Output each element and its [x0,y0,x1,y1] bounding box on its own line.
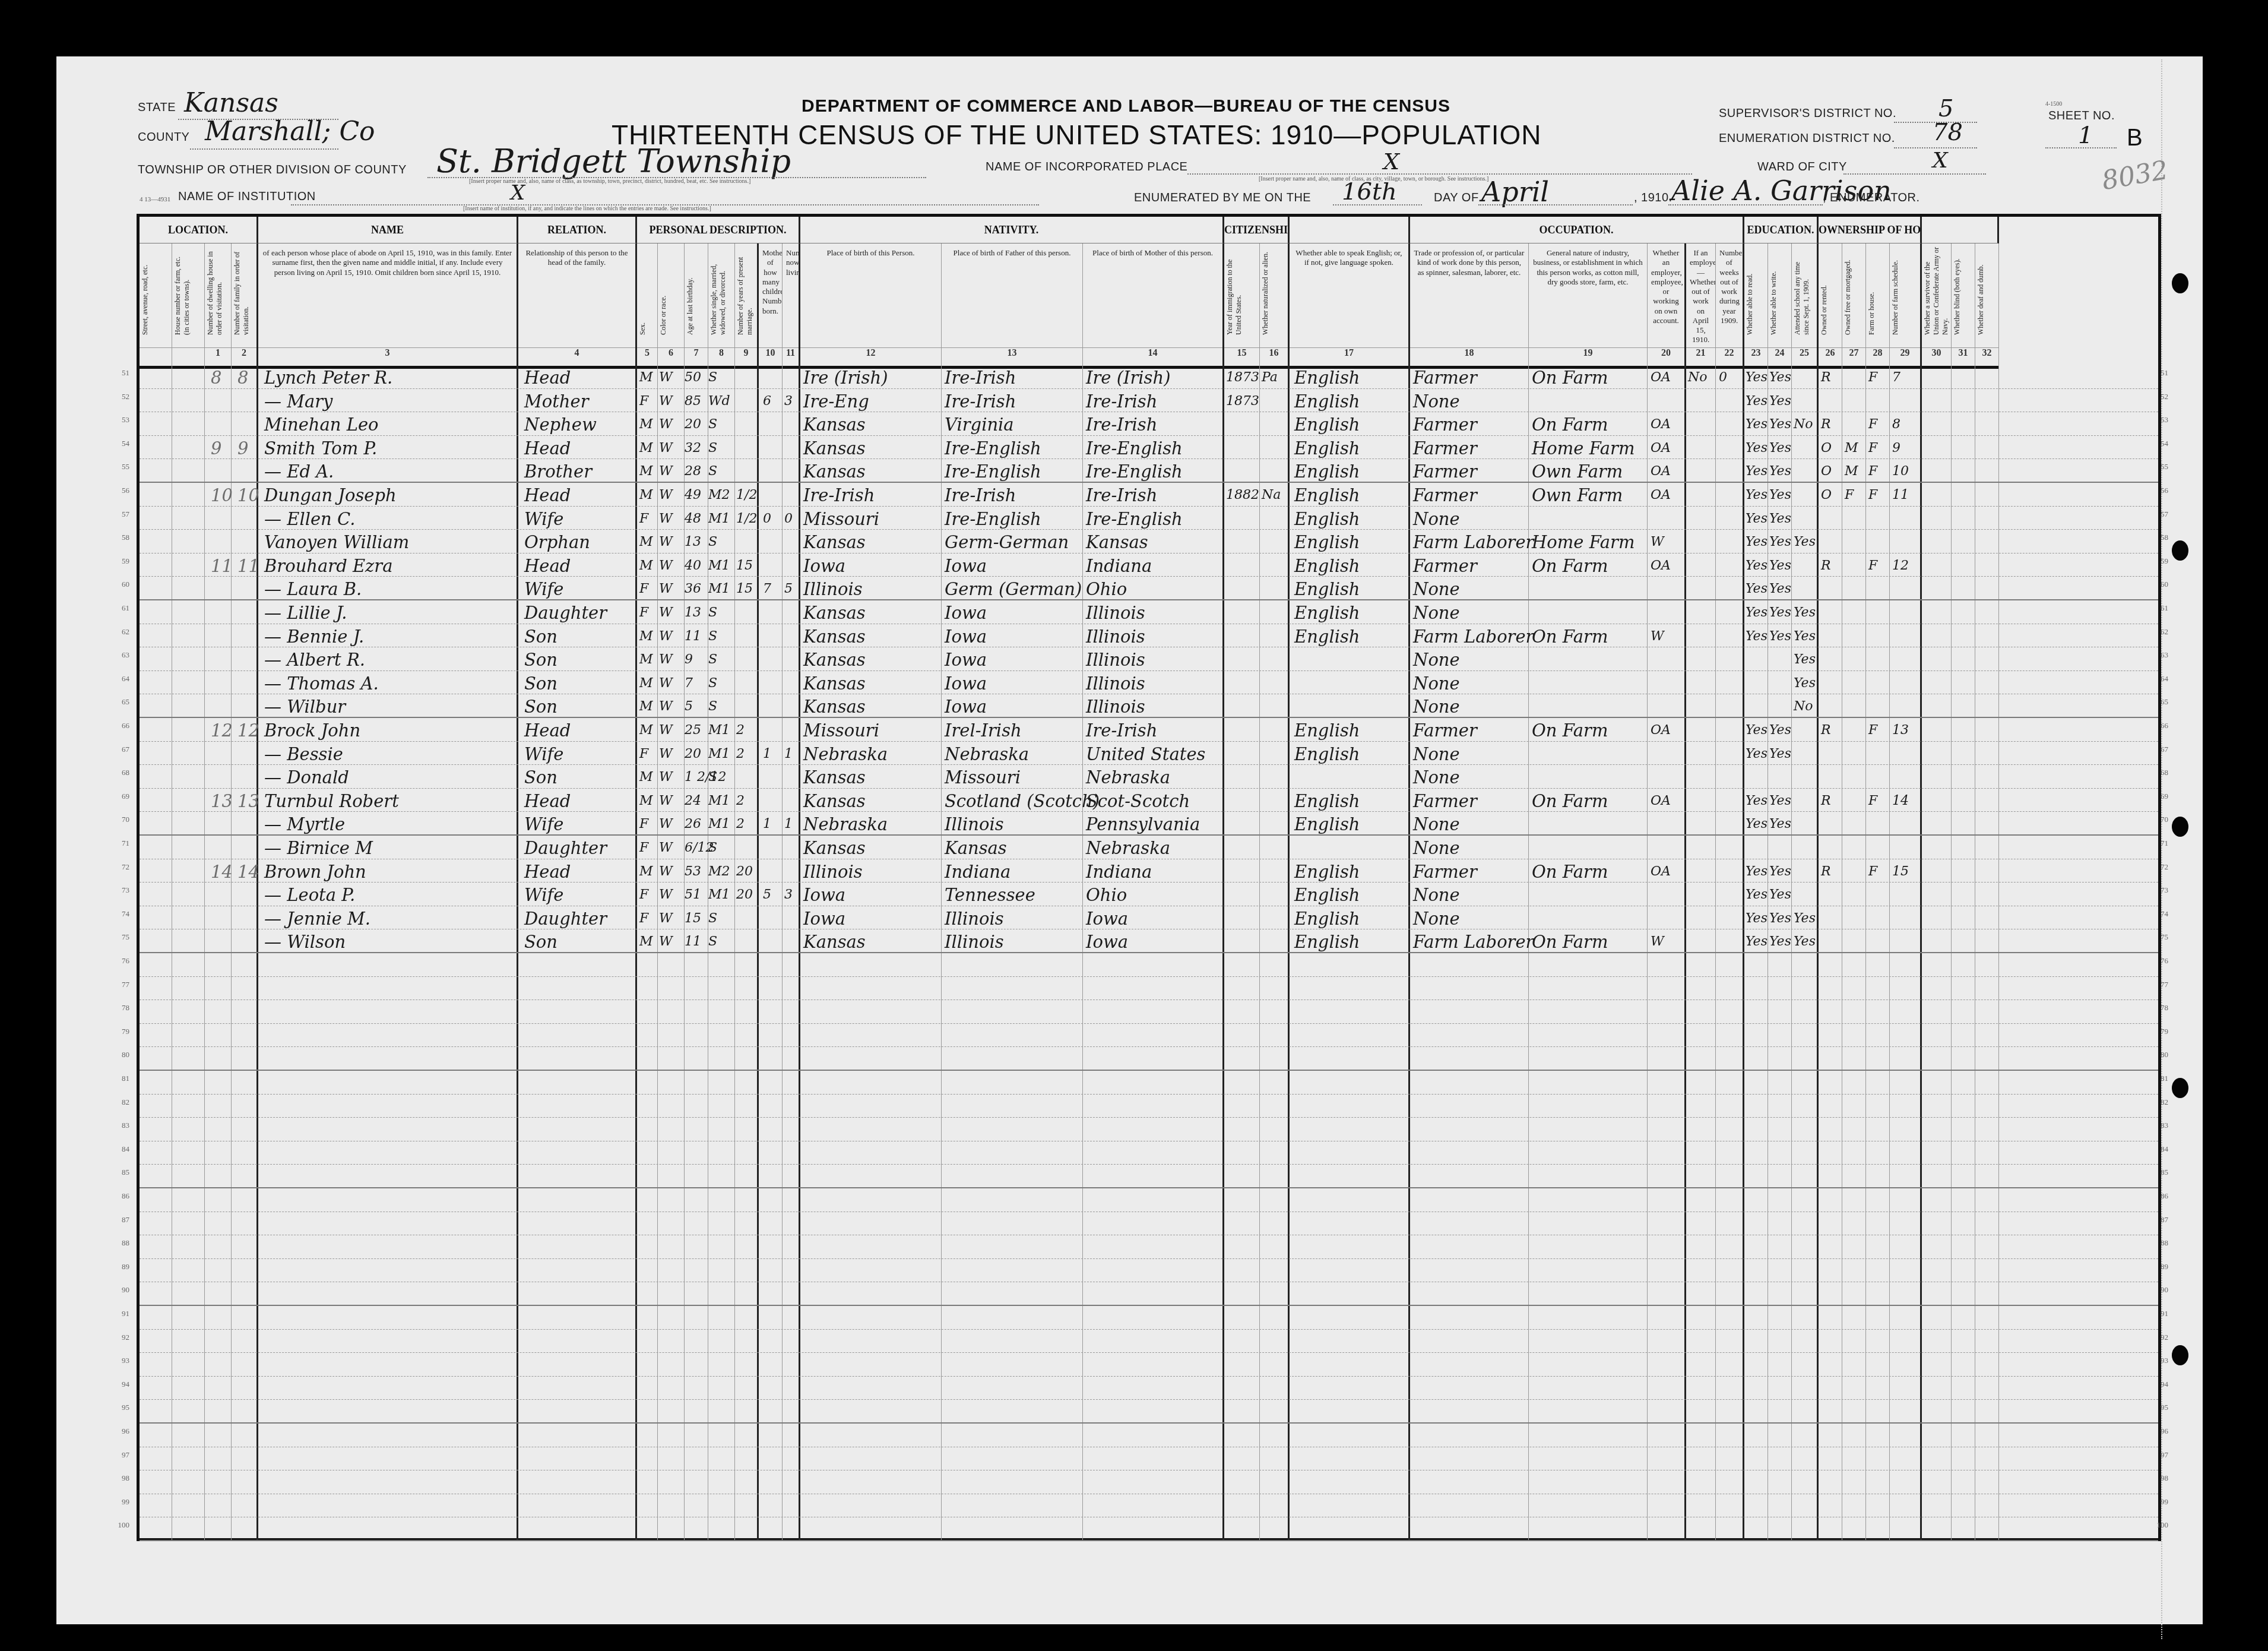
empty-row[interactable] [140,1424,2158,1447]
line-number: 93 [2145,1356,2168,1365]
enumerated-day: 16th [1342,178,1397,205]
line-number: 89 [2145,1262,2168,1272]
cell-race: W [659,907,673,929]
line-number: 60 [106,580,129,589]
cell-birth-mother: Ire (Irish) [1086,366,1170,388]
cell-birth-person: Kansas [803,602,866,623]
line-number: 66 [106,721,129,730]
column-description: Whether able to speak English; or, if no… [1290,243,1408,344]
cell-write: Yes [1769,907,1791,929]
empty-row[interactable] [140,953,2158,977]
cell-race: W [659,695,673,717]
cell-dwelling: 9 [211,437,221,458]
cell-race: W [659,531,673,552]
cell-name: — Wilbur [264,695,346,717]
cell-industry: Own Farm [1532,460,1623,482]
cell-age: 85 [685,390,701,412]
empty-row[interactable] [140,1259,2158,1283]
cell-name: Minehan Leo [264,413,379,435]
empty-row[interactable] [140,1400,2158,1424]
census-row[interactable]: — Bennie J.SonMW11SKansasIowaIllinoisEng… [140,624,2158,648]
cell-owned-rented: R [1821,413,1831,435]
binder-hole [2172,540,2188,561]
cell-age: 11 [685,625,701,647]
cell-relation: Nephew [524,413,597,435]
cell-birth-person: Iowa [803,884,845,905]
empty-row[interactable] [140,1470,2158,1494]
census-row[interactable]: 1313Turnbul RobertHeadMW24M12KansasScotl… [140,789,2158,812]
cell-birth-mother: Ire-English [1086,508,1183,529]
cell-employer: OA [1651,460,1671,482]
cell-write: Yes [1769,437,1791,458]
cell-birth-father: Scotland (Scotch) [945,790,1100,811]
cell-age: 9 [685,649,693,670]
cell-industry: On Farm [1532,719,1608,741]
line-number: 69 [106,792,129,801]
line-number: 58 [106,533,129,542]
line-number: 74 [106,909,129,919]
column-description: Mother of how many children. Number born… [759,243,782,344]
cell-farm-house: F [1868,790,1877,811]
cell-marital: S [708,649,717,670]
cell-birth-person: Kansas [803,649,866,670]
line-number: 86 [106,1191,129,1201]
cell-name: — Birnice M [264,837,373,858]
census-row[interactable]: — Leota P.WifeFW51M12053IowaTennesseeOhi… [140,883,2158,906]
incorporated-place-line [1187,173,1692,175]
cell-race: W [659,884,673,905]
line-number: 58 [2145,533,2168,542]
cell-farm-house: F [1868,484,1877,505]
column-description: Sex. [637,243,657,339]
enumerated-month: April [1481,176,1549,208]
cell-birth-father: Germ-German [945,531,1069,552]
empty-row[interactable] [140,1517,2158,1541]
cell-relation: Orphan [524,531,590,552]
cell-name: — Bessie [264,743,343,764]
cell-write: Yes [1769,460,1791,482]
cell-read: Yes [1746,437,1767,458]
census-row[interactable]: 1010Dungan JosephHeadMW49M21/2Ire-IrishI… [140,483,2158,507]
column-description: Number now living. [783,243,799,344]
empty-row[interactable] [140,1377,2158,1400]
cell-children-living: 1 [784,743,793,764]
census-row[interactable]: — BessieWifeFW20M1211NebraskaNebraskaUni… [140,742,2158,766]
cell-farm-house: F [1868,555,1877,576]
cell-write: Yes [1769,813,1791,834]
sheet-label: SHEET NO. [2048,109,2115,123]
empty-row[interactable] [140,1095,2158,1118]
cell-race: W [659,672,673,694]
column-description: Whether able to read. [1744,243,1767,339]
census-row[interactable]: — DonaldSonMW1 2/12SKansasMissouriNebras… [140,765,2158,789]
cell-relation: Son [524,766,558,787]
column-group-header: EDUCATION. [1744,217,1819,243]
cell-farm-schedule: 13 [1892,719,1909,741]
cell-owned-rented: R [1821,555,1831,576]
census-row[interactable]: 1212Brock JohnHeadMW25M12MissouriIrel-Ir… [140,718,2158,742]
line-number: 92 [106,1333,129,1342]
cell-children-living: 1 [784,813,793,834]
column-description: Whether able to write. [1768,243,1791,339]
cell-marital: S [708,672,717,694]
cell-age: 1 2/12 [685,766,726,787]
cell-read: Yes [1746,555,1767,576]
cell-farm-schedule: 9 [1892,437,1900,458]
cell-birth-person: Kansas [803,437,866,458]
line-number: 87 [2145,1215,2168,1225]
cell-school: Yes [1794,625,1816,647]
cell-relation: Daughter [524,837,607,858]
line-number: 70 [2145,815,2168,824]
line-number: 57 [106,510,129,519]
line-number: 56 [2145,486,2168,495]
census-row[interactable]: — WilsonSonMW11SKansasIllinoisIowaEnglis… [140,929,2158,953]
line-number: 78 [106,1003,129,1013]
cell-name: — Albert R. [264,649,365,670]
department-heading: DEPARTMENT OF COMMERCE AND LABOR—BUREAU … [802,96,1450,116]
cell-relation: Wife [524,578,563,599]
cell-birth-mother: Iowa [1086,907,1128,929]
cell-name: — Donald [264,766,349,787]
cell-birth-person: Kansas [803,625,866,647]
cell-family: 11 [237,555,259,576]
line-number: 54 [2145,439,2168,448]
cell-relation: Son [524,649,558,670]
empty-row[interactable] [140,1353,2158,1377]
line-number: 63 [106,650,129,660]
cell-sex: M [639,484,653,505]
cell-race: W [659,508,673,529]
cell-write: Yes [1769,484,1791,505]
cell-occupation: Farmer [1413,460,1477,482]
cell-birth-mother: Illinois [1086,625,1145,647]
census-row[interactable]: 1111Brouhard EzraHeadMW40M115IowaIowaInd… [140,554,2158,577]
cell-race: W [659,602,673,623]
column-description: Number of farm schedule. [1890,243,1920,339]
cell-name: Turnbul Robert [264,790,399,811]
cell-write: Yes [1769,790,1791,811]
cell-birth-mother: Indiana [1086,555,1152,576]
line-number: 53 [2145,415,2168,425]
line-number: 72 [106,862,129,872]
binder-hole [2172,1345,2188,1365]
cell-race: W [659,766,673,787]
cell-age: 20 [685,743,701,764]
column-description: Whether single, married, widowed, or div… [708,243,734,339]
cell-occupation: None [1413,837,1460,858]
cell-birth-father: Illinois [945,813,1004,834]
cell-name: — Laura B. [264,578,362,599]
cell-write: Yes [1769,931,1791,952]
cell-marital: M1 [708,719,730,741]
census-row[interactable]: — WilburSonMW5SKansasIowaIllinoisNoneNo [140,694,2158,718]
cell-write: Yes [1769,366,1791,388]
cell-family: 12 [237,719,259,741]
census-row[interactable]: — Ellen C.WifeFW48M11/200MissouriIre-Eng… [140,507,2158,530]
column-group-header [1922,217,1999,243]
line-number: 75 [2145,932,2168,942]
census-row[interactable]: 1414Brown JohnHeadMW53M220IllinoisIndian… [140,859,2158,883]
cell-occupation: None [1413,695,1460,717]
cell-english: English [1294,460,1360,482]
cell-relation: Son [524,695,558,717]
cell-occupation: None [1413,813,1460,834]
cell-read: Yes [1746,813,1767,834]
line-number: 67 [2145,745,2168,754]
cell-employer: OA [1651,437,1671,458]
empty-row[interactable] [140,1141,2158,1165]
cell-birth-mother: Iowa [1086,931,1128,952]
cell-marital: M1 [708,578,730,599]
cell-marital: S [708,695,717,717]
cell-birth-father: Iowa [945,695,987,717]
cell-family: 8 [237,366,248,388]
line-number: 59 [2145,556,2168,566]
cell-name: — Lillie J. [264,602,347,623]
empty-row[interactable] [140,1118,2158,1141]
cell-industry: Own Farm [1532,484,1623,505]
cell-name: — Wilson [264,931,346,952]
day-of-label: DAY OF [1434,191,1479,205]
cell-marital: M1 [708,743,730,764]
column-description: Place of birth of Mother of this person. [1083,243,1222,344]
cell-marital: S [708,837,717,858]
cell-race: W [659,719,673,741]
column-description: Street, avenue, road, etc. [140,243,172,339]
column-description: Place of birth of this Person. [800,243,941,344]
census-row[interactable]: — Ed A.BrotherMW28SKansasIre-EnglishIre-… [140,459,2158,483]
cell-farm-house: F [1868,413,1877,435]
cell-name: — Ed A. [264,460,334,482]
cell-birth-person: Kansas [803,790,866,811]
line-number: 95 [2145,1403,2168,1412]
institution-value: X [511,181,525,205]
cell-out-of-work: No [1688,366,1708,388]
cell-relation: Wife [524,813,563,834]
column-description: Year of immigration to the United States… [1224,243,1259,339]
empty-row[interactable] [140,1024,2158,1048]
census-row[interactable]: Vanoyen WilliamOrphanMW13SKansasGerm-Ger… [140,530,2158,554]
cell-family: 14 [237,861,259,882]
cell-children-born: 7 [763,578,771,599]
cell-years-married: 2 [736,790,745,811]
cell-age: 24 [685,790,701,811]
cell-farm-house: F [1868,437,1877,458]
cell-relation: Head [524,484,571,505]
empty-row[interactable] [140,1071,2158,1095]
cell-age: 50 [685,366,701,388]
empty-row[interactable] [140,1212,2158,1236]
cell-relation: Son [524,672,558,694]
cell-english: English [1294,625,1360,647]
cell-owned-rented: O [1821,437,1832,458]
cell-school: No [1794,413,1813,435]
cell-age: 5 [685,695,693,717]
cell-birth-person: Kansas [803,460,866,482]
line-number: 64 [106,674,129,684]
cell-farm-house: F [1868,861,1877,882]
line-number: 96 [2145,1427,2168,1436]
empty-row[interactable] [140,1188,2158,1212]
cell-occupation: None [1413,743,1460,764]
line-number: 81 [106,1074,129,1083]
census-row[interactable]: 99Smith Tom P.HeadMW32SKansasIre-English… [140,436,2158,460]
binder-hole [2172,273,2188,293]
cell-children-living: 3 [784,884,793,905]
line-number: 96 [106,1427,129,1436]
cell-marital: M1 [708,555,730,576]
cell-marital: S [708,625,717,647]
cell-marital: M1 [708,790,730,811]
empty-row[interactable] [140,977,2158,1001]
cell-occupation: Farm Laborer [1413,625,1534,647]
cell-years-married: 2 [736,719,745,741]
incorporated-place-label: NAME OF INCORPORATED PLACE [986,160,1187,174]
empty-row[interactable] [140,1330,2158,1353]
cell-birth-mother: Ire-Irish [1086,719,1157,741]
empty-row[interactable] [140,1235,2158,1259]
cell-sex: M [639,695,653,717]
cell-school: Yes [1794,602,1816,623]
cell-english: English [1294,861,1360,882]
line-number: 63 [2145,650,2168,660]
cell-birth-father: Ire-English [945,508,1041,529]
column-description: Whether blind (both eyes). [1952,243,1975,339]
cell-occupation: None [1413,578,1460,599]
cell-name: Brock John [264,719,360,741]
line-number: 95 [106,1403,129,1412]
line-number: 78 [2145,1003,2168,1013]
cell-age: 7 [685,672,693,694]
cell-farm-house: F [1868,719,1877,741]
cell-birth-father: Tennessee [945,884,1035,905]
cell-sex: M [639,555,653,576]
empty-row[interactable] [140,1047,2158,1071]
census-row[interactable]: 88Lynch Peter R.HeadMW50SIre (Irish)Ire-… [140,365,2158,389]
census-row[interactable]: — Laura B.WifeFW36M11575IllinoisGerm (Ge… [140,577,2158,600]
line-number: 76 [2145,956,2168,966]
cell-occupation: None [1413,672,1460,694]
cell-age: 13 [685,531,701,552]
empty-row[interactable] [140,1000,2158,1024]
sheet-line [2045,147,2117,148]
cell-birth-person: Kansas [803,672,866,694]
cell-farm-house: F [1868,460,1877,482]
column-description: Owned or rented. [1819,243,1842,339]
cell-birth-father: Missouri [945,766,1021,787]
cell-birth-father: Illinois [945,907,1004,929]
census-row[interactable]: — MyrtleWifeFW26M1211NebraskaIllinoisPen… [140,812,2158,836]
column-description: Whether naturalized or alien. [1260,243,1288,339]
empty-row[interactable] [140,1494,2158,1518]
cell-employer: OA [1651,719,1671,741]
census-row[interactable]: — Albert R.SonMW9SKansasIowaIllinoisNone… [140,647,2158,671]
cell-sex: M [639,625,653,647]
cell-birth-mother: Illinois [1086,672,1145,694]
line-number: 73 [106,885,129,895]
cell-age: 48 [685,508,701,529]
census-row[interactable]: Minehan LeoNephewMW20SKansasVirginiaIre-… [140,412,2158,436]
cell-sex: F [639,907,648,929]
cell-birth-mother: Nebraska [1086,766,1170,787]
cell-children-born: 5 [763,884,771,905]
cell-relation: Mother [524,390,589,412]
line-number: 91 [106,1309,129,1318]
county-value: Marshall; Co [205,116,375,147]
empty-row[interactable] [140,1165,2158,1188]
line-number: 73 [2145,885,2168,895]
line-number: 84 [2145,1144,2168,1154]
cell-age: 40 [685,555,701,576]
cell-birth-person: Missouri [803,719,879,741]
cell-occupation: None [1413,602,1460,623]
cell-children-living: 0 [784,508,793,529]
census-row[interactable]: — MaryMotherFW85Wd63Ire-EngIre-IrishIre-… [140,389,2158,413]
empty-row[interactable] [140,1447,2158,1471]
census-row[interactable]: — Jennie M.DaughterFW15SIowaIllinoisIowa… [140,906,2158,930]
cell-industry: On Farm [1532,555,1608,576]
cell-marital: S [708,413,717,435]
cell-industry: On Farm [1532,861,1608,882]
line-number: 67 [106,745,129,754]
cell-birth-father: Nebraska [945,743,1029,764]
form-code: 4-1500 [2045,101,2062,107]
column-description: House number or farm, etc. (in cities or… [172,243,204,339]
cell-children-born: 1 [763,743,771,764]
cell-family: 9 [237,437,248,458]
empty-row[interactable] [140,1306,2158,1330]
cell-occupation: Farmer [1413,861,1477,882]
cell-write: Yes [1769,861,1791,882]
cell-race: W [659,813,673,834]
institution-note: [Insert name of institution, if any, and… [463,205,711,212]
cell-years-married: 20 [736,861,753,882]
cell-employer: OA [1651,366,1671,388]
cell-relation: Wife [524,743,563,764]
line-number: 92 [2145,1333,2168,1342]
empty-row[interactable] [140,1282,2158,1306]
census-row[interactable]: — Thomas A.SonMW7SKansasIowaIllinoisNone… [140,671,2158,695]
cell-birth-mother: Pennsylvania [1086,813,1200,834]
census-row[interactable]: — Birnice MDaughterFW6/12SKansasKansasNe… [140,836,2158,859]
cell-name: Brown John [264,861,366,882]
line-number: 51 [106,368,129,378]
cell-sex: F [639,578,648,599]
cell-children-born: 0 [763,508,771,529]
cell-occupation: None [1413,766,1460,787]
cell-english: English [1294,931,1360,952]
cell-name: — Mary [264,390,332,412]
cell-race: W [659,366,673,388]
cell-children-born: 1 [763,813,771,834]
cell-dwelling: 8 [211,366,221,388]
cell-english: English [1294,884,1360,905]
cell-birth-person: Kansas [803,695,866,717]
sheet-side: B [2127,125,2143,151]
line-number: 80 [2145,1050,2168,1059]
cell-relation: Son [524,625,558,647]
census-row[interactable]: — Lillie J.DaughterFW13SKansasIowaIllino… [140,600,2158,624]
line-number: 60 [2145,580,2168,589]
cell-english: English [1294,531,1360,552]
line-number: 88 [106,1238,129,1248]
cell-occupation: Farmer [1413,555,1477,576]
cell-immigration-year: 1873 [1226,390,1259,412]
cell-industry: On Farm [1532,790,1608,811]
cell-employer: OA [1651,861,1671,882]
column-description: Attended school any time since Sept. 1, … [1792,243,1817,339]
